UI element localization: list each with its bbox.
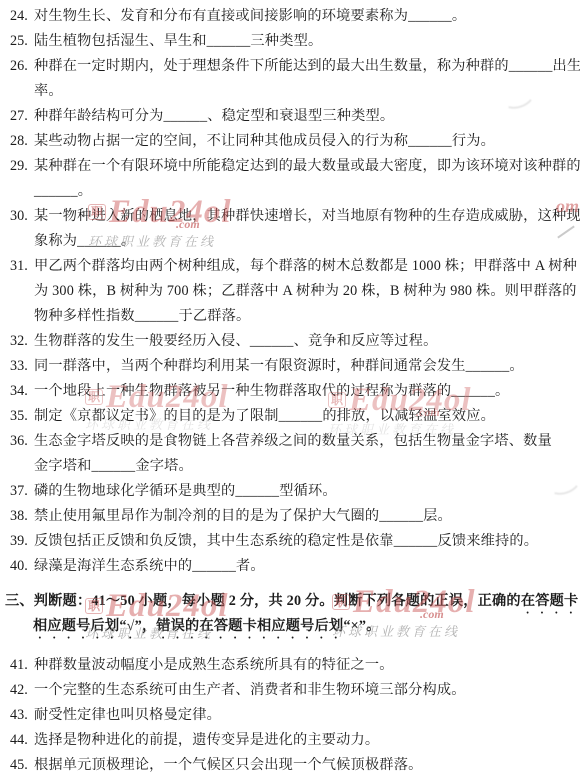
- exam-paper-page: 职 Edu24ol .com 环球职业教育在线 职 Edu24ol .com 环…: [0, 0, 580, 778]
- question-line: 选择是物种进化的前提，遗传变异是进化的主要动力。: [34, 728, 574, 753]
- question-text: 种群数量波动幅度小是成熟生态系统所具有的特征之一。: [34, 653, 574, 678]
- question-number: 38.: [10, 504, 34, 529]
- question-row: 35. 制定《京都议定书》的目的是为了限制______的排放，以减轻温室效应。: [10, 404, 574, 429]
- judgment-questions-section: 41. 种群数量波动幅度小是成熟生态系统所具有的特征之一。 42. 一个完整的生…: [10, 653, 574, 778]
- header-emphasized-text: 在答题卡: [521, 593, 579, 609]
- section-header-line1: 三、判断题：41～50 小题，每小题 2 分，共 20 分。判断下列各题的正误，…: [5, 589, 574, 614]
- question-row: 27. 种群年龄结构可分为______、稳定型和衰退型三种类型。: [10, 104, 574, 129]
- question-row: 37. 磷的生物地球化学循环是典型的______型循环。: [10, 479, 574, 504]
- question-number: 32.: [10, 329, 34, 354]
- question-line: 生物群落的发生一般要经历入侵、______、竞争和反应等过程。: [34, 329, 574, 354]
- question-text: 一个完整的生态系统可由生产者、消费者和非生物环境三部分构成。: [34, 678, 574, 703]
- question-line: 绿藻是海洋生态系统中的______者。: [34, 554, 574, 579]
- question-number: 31.: [10, 254, 34, 279]
- question-row: 43. 耐受性定律也叫贝格曼定律。: [10, 703, 574, 728]
- question-line: 种群在一定时期内，处于理想条件下所能达到的最大出生数量，称为种群的______出…: [34, 54, 574, 79]
- question-line: 一个完整的生态系统可由生产者、消费者和非生物环境三部分构成。: [34, 678, 574, 703]
- question-line: 陆生植物包括湿生、旱生和______三种类型。: [34, 29, 574, 54]
- question-row: 41. 种群数量波动幅度小是成熟生态系统所具有的特征之一。: [10, 653, 574, 678]
- question-row: 28. 某些动物占据一定的空间，不让同种其他成员侵入的行为称______行为。: [10, 129, 574, 154]
- question-line: 磷的生物地球化学循环是典型的______型循环。: [34, 479, 574, 504]
- question-number: 39.: [10, 529, 34, 554]
- question-number: 25.: [10, 29, 34, 54]
- question-text: 生态金字塔反映的是食物链上各营养级之间的数量关系，包括生物量金字塔、数量金字塔和…: [34, 429, 574, 479]
- question-text: 根据单元顶极理论，一个气候区只会出现一个气候顶极群落。: [34, 753, 574, 778]
- question-text: 同一群落中，当两个种群均利用某一有限资源时，种群间通常会发生______。: [34, 354, 574, 379]
- question-row: 29. 某种群在一个有限环境中所能稳定达到的最大数量或最大密度，即为该环境对该种…: [10, 154, 574, 204]
- header-text: 三、判断题：41～50 小题，每小题 2 分，共 20 分。判断下列各题的正误，…: [5, 593, 521, 609]
- question-number: 34.: [10, 379, 34, 404]
- question-line: 某些动物占据一定的空间，不让同种其他成员侵入的行为称______行为。: [34, 129, 574, 154]
- judgment-section-header: 三、判断题：41～50 小题，每小题 2 分，共 20 分。判断下列各题的正误，…: [10, 589, 574, 639]
- question-line: 禁止使用氟里昂作为制冷剂的目的是为了保护大气圈的______层。: [34, 504, 574, 529]
- question-number: 40.: [10, 554, 34, 579]
- header-text: “×”。: [343, 618, 380, 634]
- question-number: 33.: [10, 354, 34, 379]
- question-row: 39. 反馈包括正反馈和负反馈，其中生态系统的稳定性是依靠______反馈来维持…: [10, 529, 574, 554]
- question-line: 对生物生长、发育和分布有直接或间接影响的环境要素称为______。: [34, 4, 574, 29]
- question-line: 某一物种进入新的栖息地，其种群快速增长，对当地原有物种的生存造成威胁，这种现: [34, 204, 574, 229]
- question-number: 35.: [10, 404, 34, 429]
- exam-content: 24. 对生物生长、发育和分布有直接或间接影响的环境要素称为______。 25…: [0, 0, 580, 778]
- question-text: 陆生植物包括湿生、旱生和______三种类型。: [34, 29, 574, 54]
- question-text: 对生物生长、发育和分布有直接或间接影响的环境要素称为______。: [34, 4, 574, 29]
- question-row: 25. 陆生植物包括湿生、旱生和______三种类型。: [10, 29, 574, 54]
- question-text: 反馈包括正反馈和负反馈，其中生态系统的稳定性是依靠______反馈来维持的。: [34, 529, 574, 554]
- question-row: 32. 生物群落的发生一般要经历入侵、______、竞争和反应等过程。: [10, 329, 574, 354]
- question-line: 某种群在一个有限环境中所能稳定达到的最大数量或最大密度，即为该环境对该种群的: [34, 154, 574, 179]
- question-number: 36.: [10, 429, 34, 454]
- question-row: 40. 绿藻是海洋生态系统中的______者。: [10, 554, 574, 579]
- question-row: 24. 对生物生长、发育和分布有直接或间接影响的环境要素称为______。: [10, 4, 574, 29]
- question-number: 42.: [10, 678, 34, 703]
- question-text: 一个地段上一种生物群落被另一种生物群落取代的过程称为群落的______。: [34, 379, 574, 404]
- question-number: 24.: [10, 4, 34, 29]
- question-row: 34. 一个地段上一种生物群落被另一种生物群落取代的过程称为群落的______。: [10, 379, 574, 404]
- question-number: 43.: [10, 703, 34, 728]
- question-text: 选择是物种进化的前提，遗传变异是进化的主要动力。: [34, 728, 574, 753]
- question-text: 禁止使用氟里昂作为制冷剂的目的是为了保护大气圈的______层。: [34, 504, 574, 529]
- question-line: 生态金字塔反映的是食物链上各营养级之间的数量关系，包括生物量金字塔、数量: [34, 429, 574, 454]
- question-line: 金字塔和______金字塔。: [34, 454, 574, 479]
- question-number: 41.: [10, 653, 34, 678]
- question-number: 28.: [10, 129, 34, 154]
- question-text: 种群年龄结构可分为______、稳定型和衰退型三种类型。: [34, 104, 574, 129]
- question-row: 26. 种群在一定时期内，处于理想条件下所能达到的最大出生数量，称为种群的___…: [10, 54, 574, 104]
- question-row: 38. 禁止使用氟里昂作为制冷剂的目的是为了保护大气圈的______层。: [10, 504, 574, 529]
- question-line: 反馈包括正反馈和负反馈，其中生态系统的稳定性是依靠______反馈来维持的。: [34, 529, 574, 554]
- question-row: 31. 甲乙两个群落均由两个树种组成，每个群落的树木总数都是 1000 株；甲群…: [10, 254, 574, 329]
- question-line: 象称为______。: [34, 229, 574, 254]
- fill-in-questions-section: 24. 对生物生长、发育和分布有直接或间接影响的环境要素称为______。 25…: [10, 4, 574, 579]
- question-number: 45.: [10, 753, 34, 778]
- question-line: 一个地段上一种生物群落被另一种生物群落取代的过程称为群落的______。: [34, 379, 574, 404]
- question-row: 44. 选择是物种进化的前提，遗传变异是进化的主要动力。: [10, 728, 574, 753]
- question-row: 36. 生态金字塔反映的是食物链上各营养级之间的数量关系，包括生物量金字塔、数量…: [10, 429, 574, 479]
- question-text: 磷的生物地球化学循环是典型的______型循环。: [34, 479, 574, 504]
- question-line: 种群数量波动幅度小是成熟生态系统所具有的特征之一。: [34, 653, 574, 678]
- question-text: 生物群落的发生一般要经历入侵、______、竞争和反应等过程。: [34, 329, 574, 354]
- question-number: 27.: [10, 104, 34, 129]
- question-line: 耐受性定律也叫贝格曼定律。: [34, 703, 574, 728]
- question-row: 33. 同一群落中，当两个种群均利用某一有限资源时，种群间通常会发生______…: [10, 354, 574, 379]
- question-row: 42. 一个完整的生态系统可由生产者、消费者和非生物环境三部分构成。: [10, 678, 574, 703]
- question-line: 为 300 株，B 树种为 700 株；乙群落中 A 树种为 20 株，B 树种…: [34, 279, 574, 304]
- question-text: 绿藻是海洋生态系统中的______者。: [34, 554, 574, 579]
- question-number: 30.: [10, 204, 34, 229]
- question-row: 30. 某一物种进入新的栖息地，其种群快速增长，对当地原有物种的生存造成威胁，这…: [10, 204, 574, 254]
- question-text: 制定《京都议定书》的目的是为了限制______的排放，以减轻温室效应。: [34, 404, 574, 429]
- question-text: 甲乙两个群落均由两个树种组成，每个群落的树木总数都是 1000 株；甲群落中 A…: [34, 254, 574, 329]
- question-line: 同一群落中，当两个种群均利用某一有限资源时，种群间通常会发生______。: [34, 354, 574, 379]
- header-emphasized-text: 相应题号后划“√”，错误的在答题卡相应题号后划: [33, 618, 343, 634]
- question-line: 制定《京都议定书》的目的是为了限制______的排放，以减轻温室效应。: [34, 404, 574, 429]
- question-text: 某些动物占据一定的空间，不让同种其他成员侵入的行为称______行为。: [34, 129, 574, 154]
- question-number: 29.: [10, 154, 34, 179]
- question-line: 物种多样性指数______于乙群落。: [34, 304, 574, 329]
- question-text: 某一物种进入新的栖息地，其种群快速增长，对当地原有物种的生存造成威胁，这种现象称…: [34, 204, 574, 254]
- question-line: ______。: [34, 179, 574, 204]
- question-number: 26.: [10, 54, 34, 79]
- section-header-line2: 相应题号后划“√”，错误的在答题卡相应题号后划“×”。: [33, 614, 574, 639]
- question-text: 种群在一定时期内，处于理想条件下所能达到的最大出生数量，称为种群的______出…: [34, 54, 574, 104]
- question-number: 37.: [10, 479, 34, 504]
- question-text: 耐受性定律也叫贝格曼定律。: [34, 703, 574, 728]
- question-line: 率。: [34, 79, 574, 104]
- question-text: 某种群在一个有限环境中所能稳定达到的最大数量或最大密度，即为该环境对该种群的__…: [34, 154, 574, 204]
- question-row: 45. 根据单元顶极理论，一个气候区只会出现一个气候顶极群落。: [10, 753, 574, 778]
- question-line: 根据单元顶极理论，一个气候区只会出现一个气候顶极群落。: [34, 753, 574, 778]
- question-line: 种群年龄结构可分为______、稳定型和衰退型三种类型。: [34, 104, 574, 129]
- question-line: 甲乙两个群落均由两个树种组成，每个群落的树木总数都是 1000 株；甲群落中 A…: [34, 254, 574, 279]
- question-number: 44.: [10, 728, 34, 753]
